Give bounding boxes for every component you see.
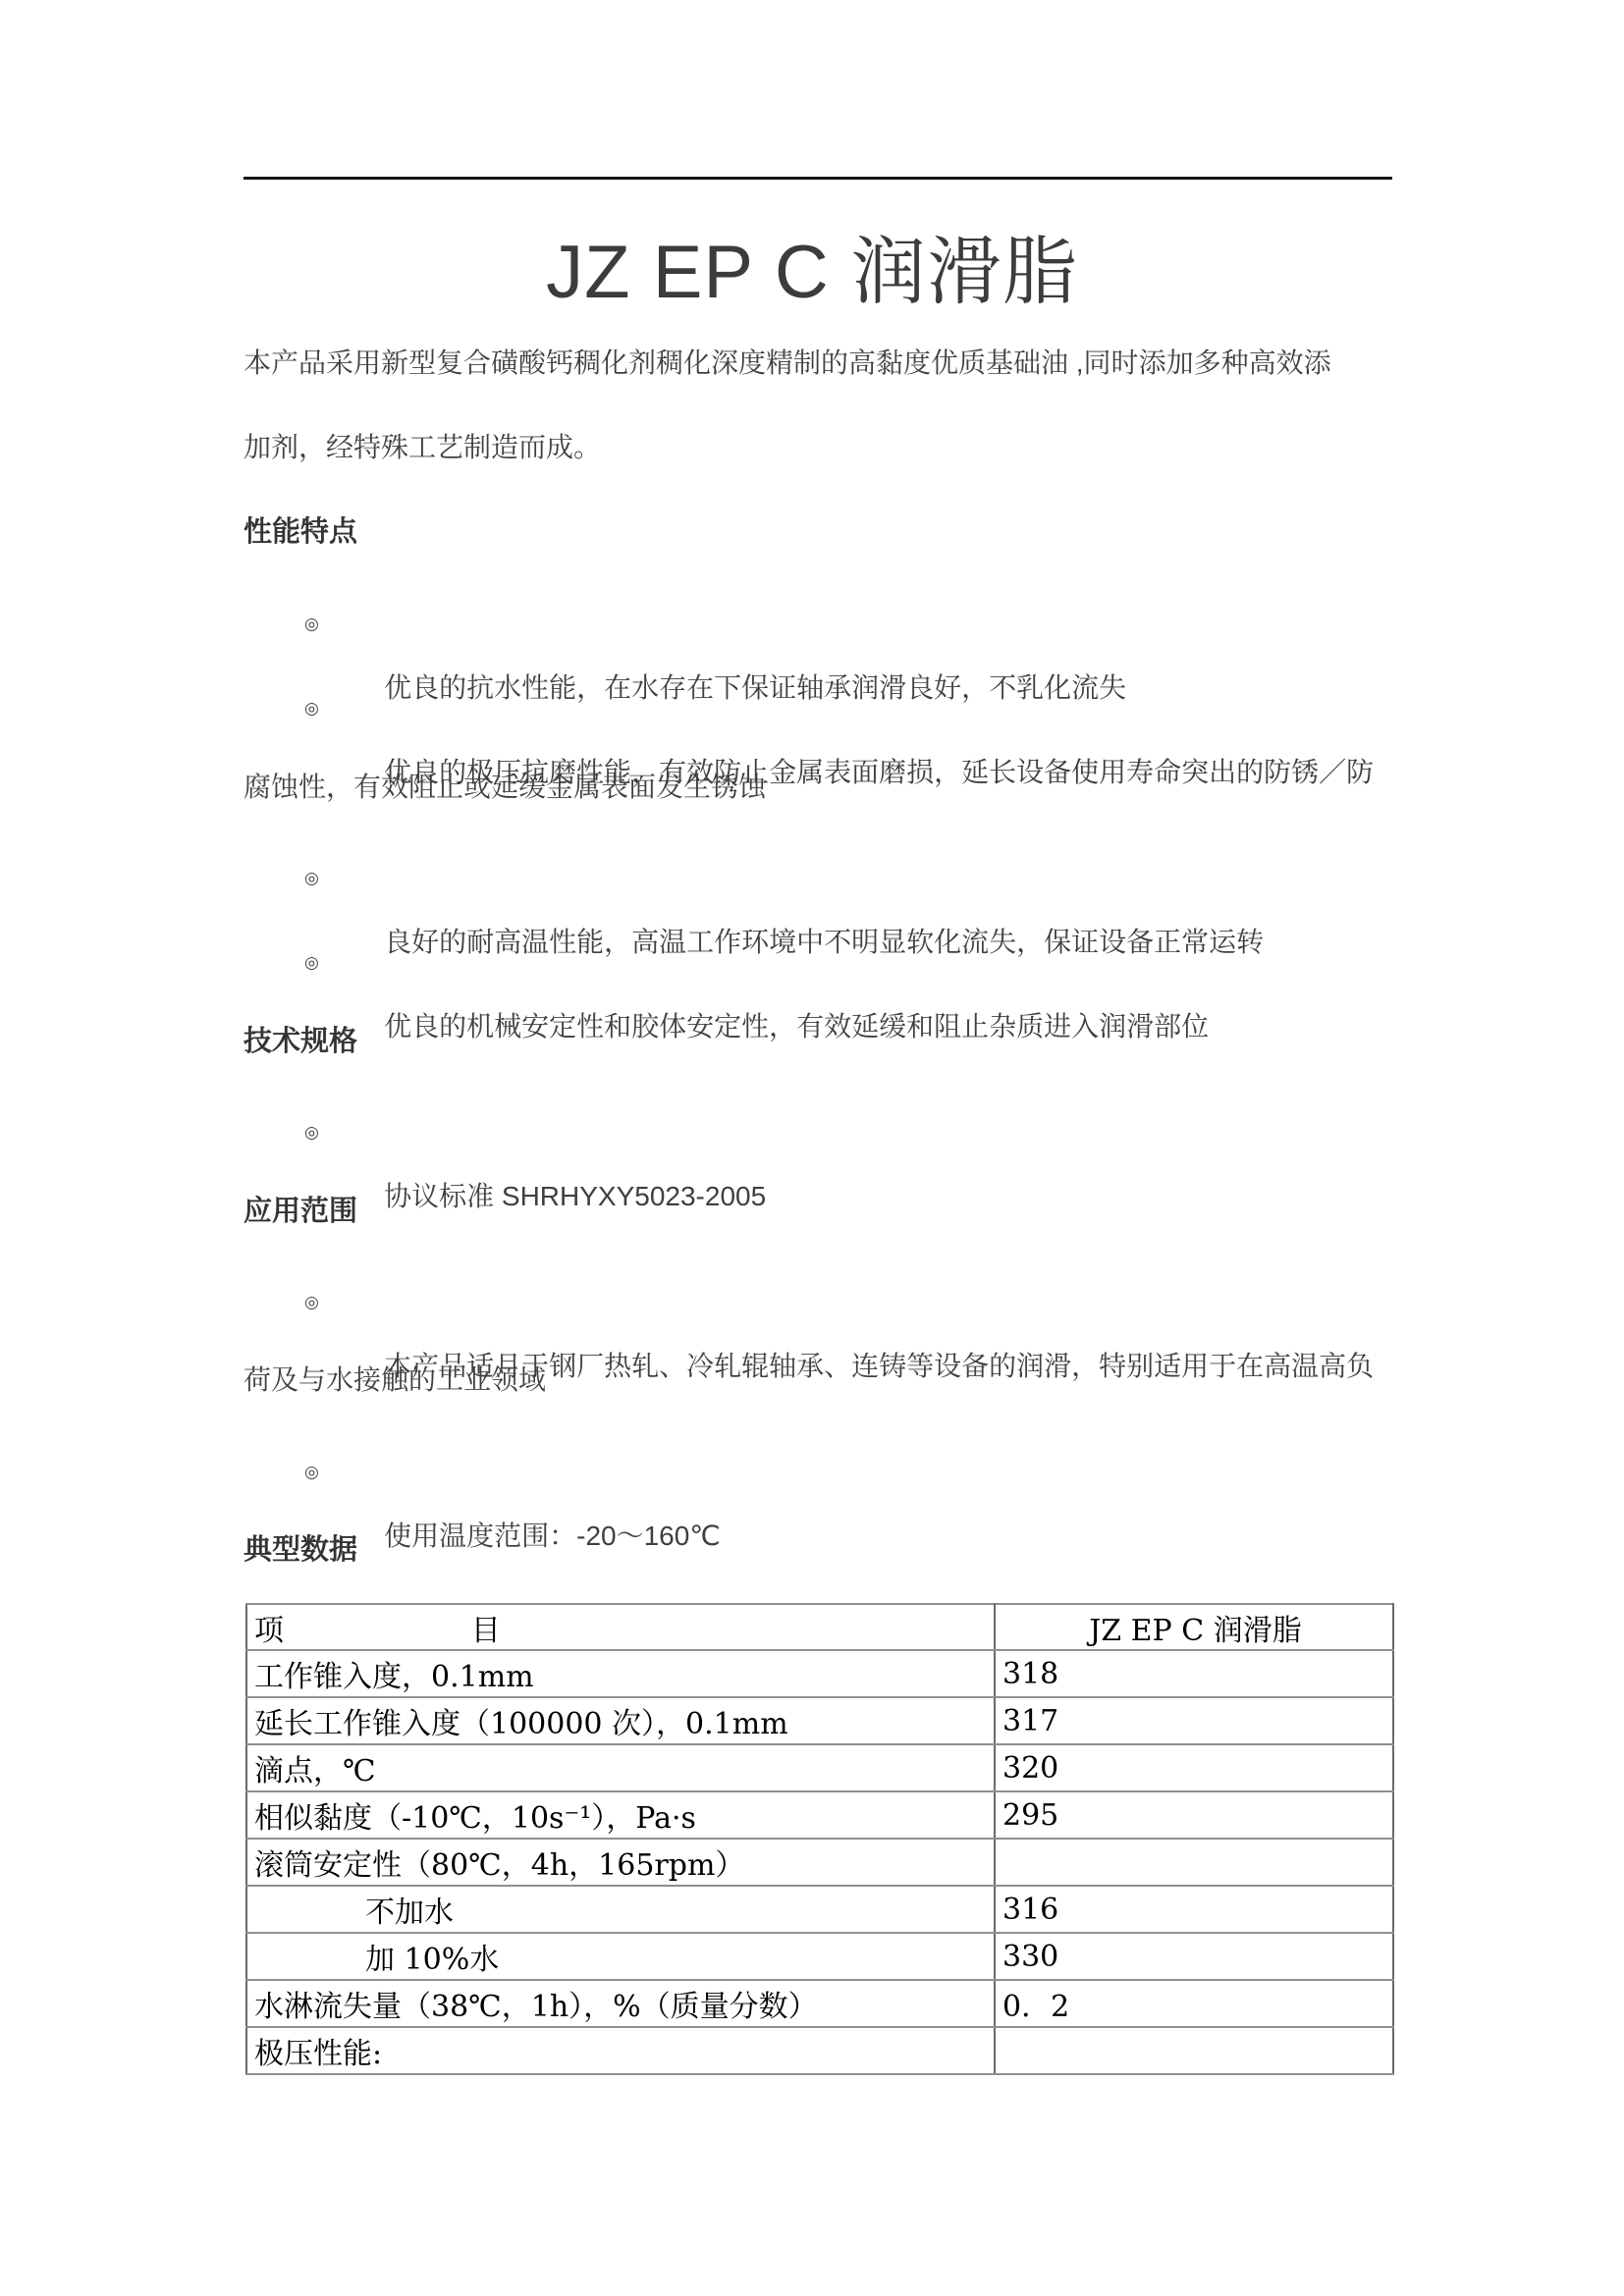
row-value-cell: 0．2 [995, 1980, 1393, 2027]
application-bullet-2: ◎ 使用温度范围：-20～160℃ [244, 1448, 1412, 1589]
table-row: 相似黏度（-10℃，10s⁻¹），Pa·s 295 [246, 1791, 1393, 1839]
table-row: 水淋流失量（38℃，1h），%（质量分数） 0．2 [246, 1980, 1393, 2027]
section-heading-features: 性能特点 [244, 514, 1412, 550]
feature-bullet-2-continuation: 腐蚀性，有效阻止或延缓金属表面发生锈蚀 [244, 770, 1412, 805]
table-header-row: 项 目 JZ EP C 润滑脂 [246, 1604, 1393, 1650]
table-row: 不加水 316 [246, 1886, 1393, 1933]
section-heading-typical-data: 典型数据 [244, 1532, 1412, 1568]
row-label-cell: 滚筒安定性（80℃，4h，165rpm） [246, 1839, 995, 1886]
section-heading-specs: 技术规格 [244, 1024, 1412, 1059]
table-row: 加 10%水 330 [246, 1933, 1393, 1980]
bullseye-bullet-icon: ◎ [304, 861, 319, 896]
row-value-cell: 320 [995, 1744, 1393, 1791]
table-row: 极压性能: [246, 2027, 1393, 2074]
table-row: 延长工作锥入度（100000 次），0.1mm 317 [246, 1697, 1393, 1744]
intro-line-1: 本产品采用新型复合磺酸钙稠化剂稠化深度精制的高黏度优质基础油 ,同时添加多种高效… [244, 346, 1412, 381]
row-value-cell [995, 2027, 1393, 2074]
bullseye-bullet-icon: ◎ [304, 691, 319, 726]
table-header-value: JZ EP C 润滑脂 [995, 1604, 1393, 1650]
application-bullet-1-continuation: 荷及与水接触的工业领域 [244, 1362, 1412, 1398]
title-top-rule [244, 177, 1392, 180]
typical-data-table: 项 目 JZ EP C 润滑脂 工作锥入度，0.1mm 318 延长工作锥入度（… [245, 1603, 1394, 2075]
bullseye-bullet-icon: ◎ [304, 607, 319, 642]
row-value-cell: 318 [995, 1650, 1393, 1697]
row-value-cell [995, 1839, 1393, 1886]
row-value-cell: 330 [995, 1933, 1393, 1980]
row-label-cell: 工作锥入度，0.1mm [246, 1650, 995, 1697]
row-label-cell: 延长工作锥入度（100000 次），0.1mm [246, 1697, 995, 1744]
row-value-cell: 317 [995, 1697, 1393, 1744]
bullseye-bullet-icon: ◎ [304, 1455, 319, 1490]
row-label-cell: 水淋流失量（38℃，1h），%（质量分数） [246, 1980, 995, 2027]
row-value-cell: 295 [995, 1791, 1393, 1839]
row-label-cell: 加 10%水 [246, 1933, 995, 1980]
application-bullet-1: ◎ 本产品适月于钢厂热轧、冷轧辊轴承、连铸等设备的润滑，特别适用于在高温高负 [244, 1278, 1412, 1419]
bullseye-bullet-icon: ◎ [304, 1285, 319, 1320]
page-title: JZ EP C 润滑脂 [0, 212, 1624, 319]
section-heading-applications: 应用范围 [244, 1194, 1412, 1229]
bullseye-bullet-icon: ◎ [304, 945, 319, 981]
row-label-cell: 滴点，℃ [246, 1744, 995, 1791]
table-row: 滚筒安定性（80℃，4h，165rpm） [246, 1839, 1393, 1886]
table-header-item: 项 目 [246, 1604, 995, 1650]
intro-line-2: 加剂，经特殊工艺制造而成。 [244, 430, 1412, 465]
row-label-cell: 不加水 [246, 1886, 995, 1933]
document-page: JZ EP C 润滑脂 本产品采用新型复合磺酸钙稠化剂稠化深度精制的高黏度优质基… [0, 0, 1624, 2296]
table-row: 工作锥入度，0.1mm 318 [246, 1650, 1393, 1697]
row-label-cell: 极压性能: [246, 2027, 995, 2074]
table-row: 滴点，℃ 320 [246, 1744, 1393, 1791]
row-value-cell: 316 [995, 1886, 1393, 1933]
bullseye-bullet-icon: ◎ [304, 1115, 319, 1150]
row-label-cell: 相似黏度（-10℃，10s⁻¹），Pa·s [246, 1791, 995, 1839]
